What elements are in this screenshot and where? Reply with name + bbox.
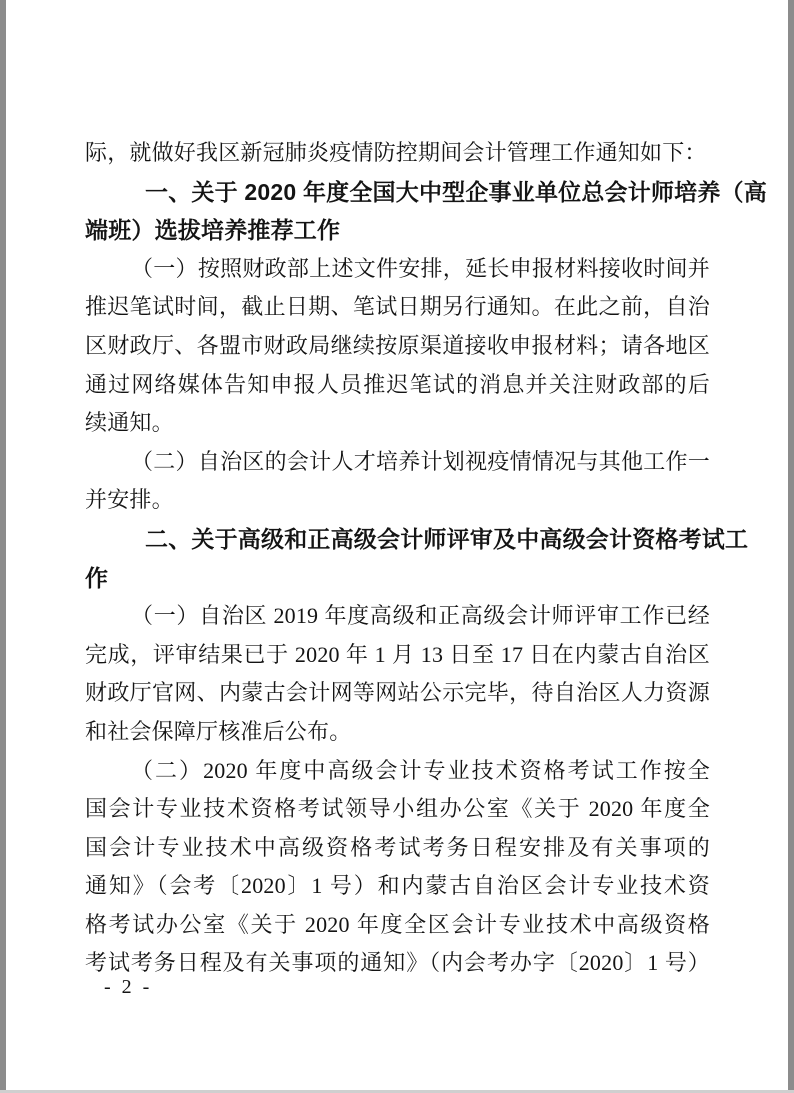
scan-edge-right (788, 0, 794, 1093)
text-line: （二）自治区的会计人才培养计划视疫情情况与其他工作一 (85, 443, 710, 482)
text-line: 通知》（会考〔2020〕1 号）和内蒙古自治区会计专业技术资 (85, 867, 710, 906)
text-line: 推迟笔试时间，截止日期、笔试日期另行通知。在此之前，自治 (85, 288, 710, 327)
text-line: 财政厅官网、内蒙古会计网等网站公示完毕，待自治区人力资源 (85, 674, 710, 713)
text-line: 并安排。 (85, 481, 710, 520)
page-number: - 2 - (104, 976, 152, 999)
scan-edge-left (0, 0, 6, 1093)
text-line: 通过网络媒体告知申报人员推迟笔试的消息并关注财政部的后 (85, 366, 710, 405)
section-heading-line: 一、关于 2020 年度全国大中型企事业单位总会计师培养（高 (85, 173, 710, 212)
text-line: 和社会保障厅核准后公布。 (85, 713, 710, 752)
text-line: 续通知。 (85, 404, 710, 443)
text-line: 完成，评审结果已于 2020 年 1 月 13 日至 17 日在内蒙古自治区 (85, 636, 710, 675)
document-body: 际，就做好我区新冠肺炎疫情防控期间会计管理工作通知如下：一、关于 2020 年度… (85, 134, 710, 983)
document-page: 际，就做好我区新冠肺炎疫情防控期间会计管理工作通知如下：一、关于 2020 年度… (0, 0, 794, 1093)
text-line: （一）按照财政部上述文件安排，延长申报材料接收时间并 (85, 250, 710, 289)
text-line: 际，就做好我区新冠肺炎疫情防控期间会计管理工作通知如下： (85, 134, 710, 173)
text-line: （二）2020 年度中高级会计专业技术资格考试工作按全 (85, 752, 710, 791)
text-line: 国会计专业技术中高级资格考试考务日程安排及有关事项的 (85, 829, 710, 868)
text-line: 区财政厅、各盟市财政局继续按原渠道接收申报材料；请各地区 (85, 327, 710, 366)
section-heading-line: 端班）选拔培养推荐工作 (85, 211, 710, 250)
section-heading-line: 作 (85, 559, 710, 598)
text-line: 考试考务日程及有关事项的通知》（内会考办字〔2020〕1 号） (85, 944, 710, 983)
text-line: （一）自治区 2019 年度高级和正高级会计师评审工作已经 (85, 597, 710, 636)
text-line: 格考试办公室《关于 2020 年度全区会计专业技术中高级资格 (85, 906, 710, 945)
section-heading-line: 二、关于高级和正高级会计师评审及中高级会计资格考试工 (85, 520, 710, 559)
text-line: 国会计专业技术资格考试领导小组办公室《关于 2020 年度全 (85, 790, 710, 829)
